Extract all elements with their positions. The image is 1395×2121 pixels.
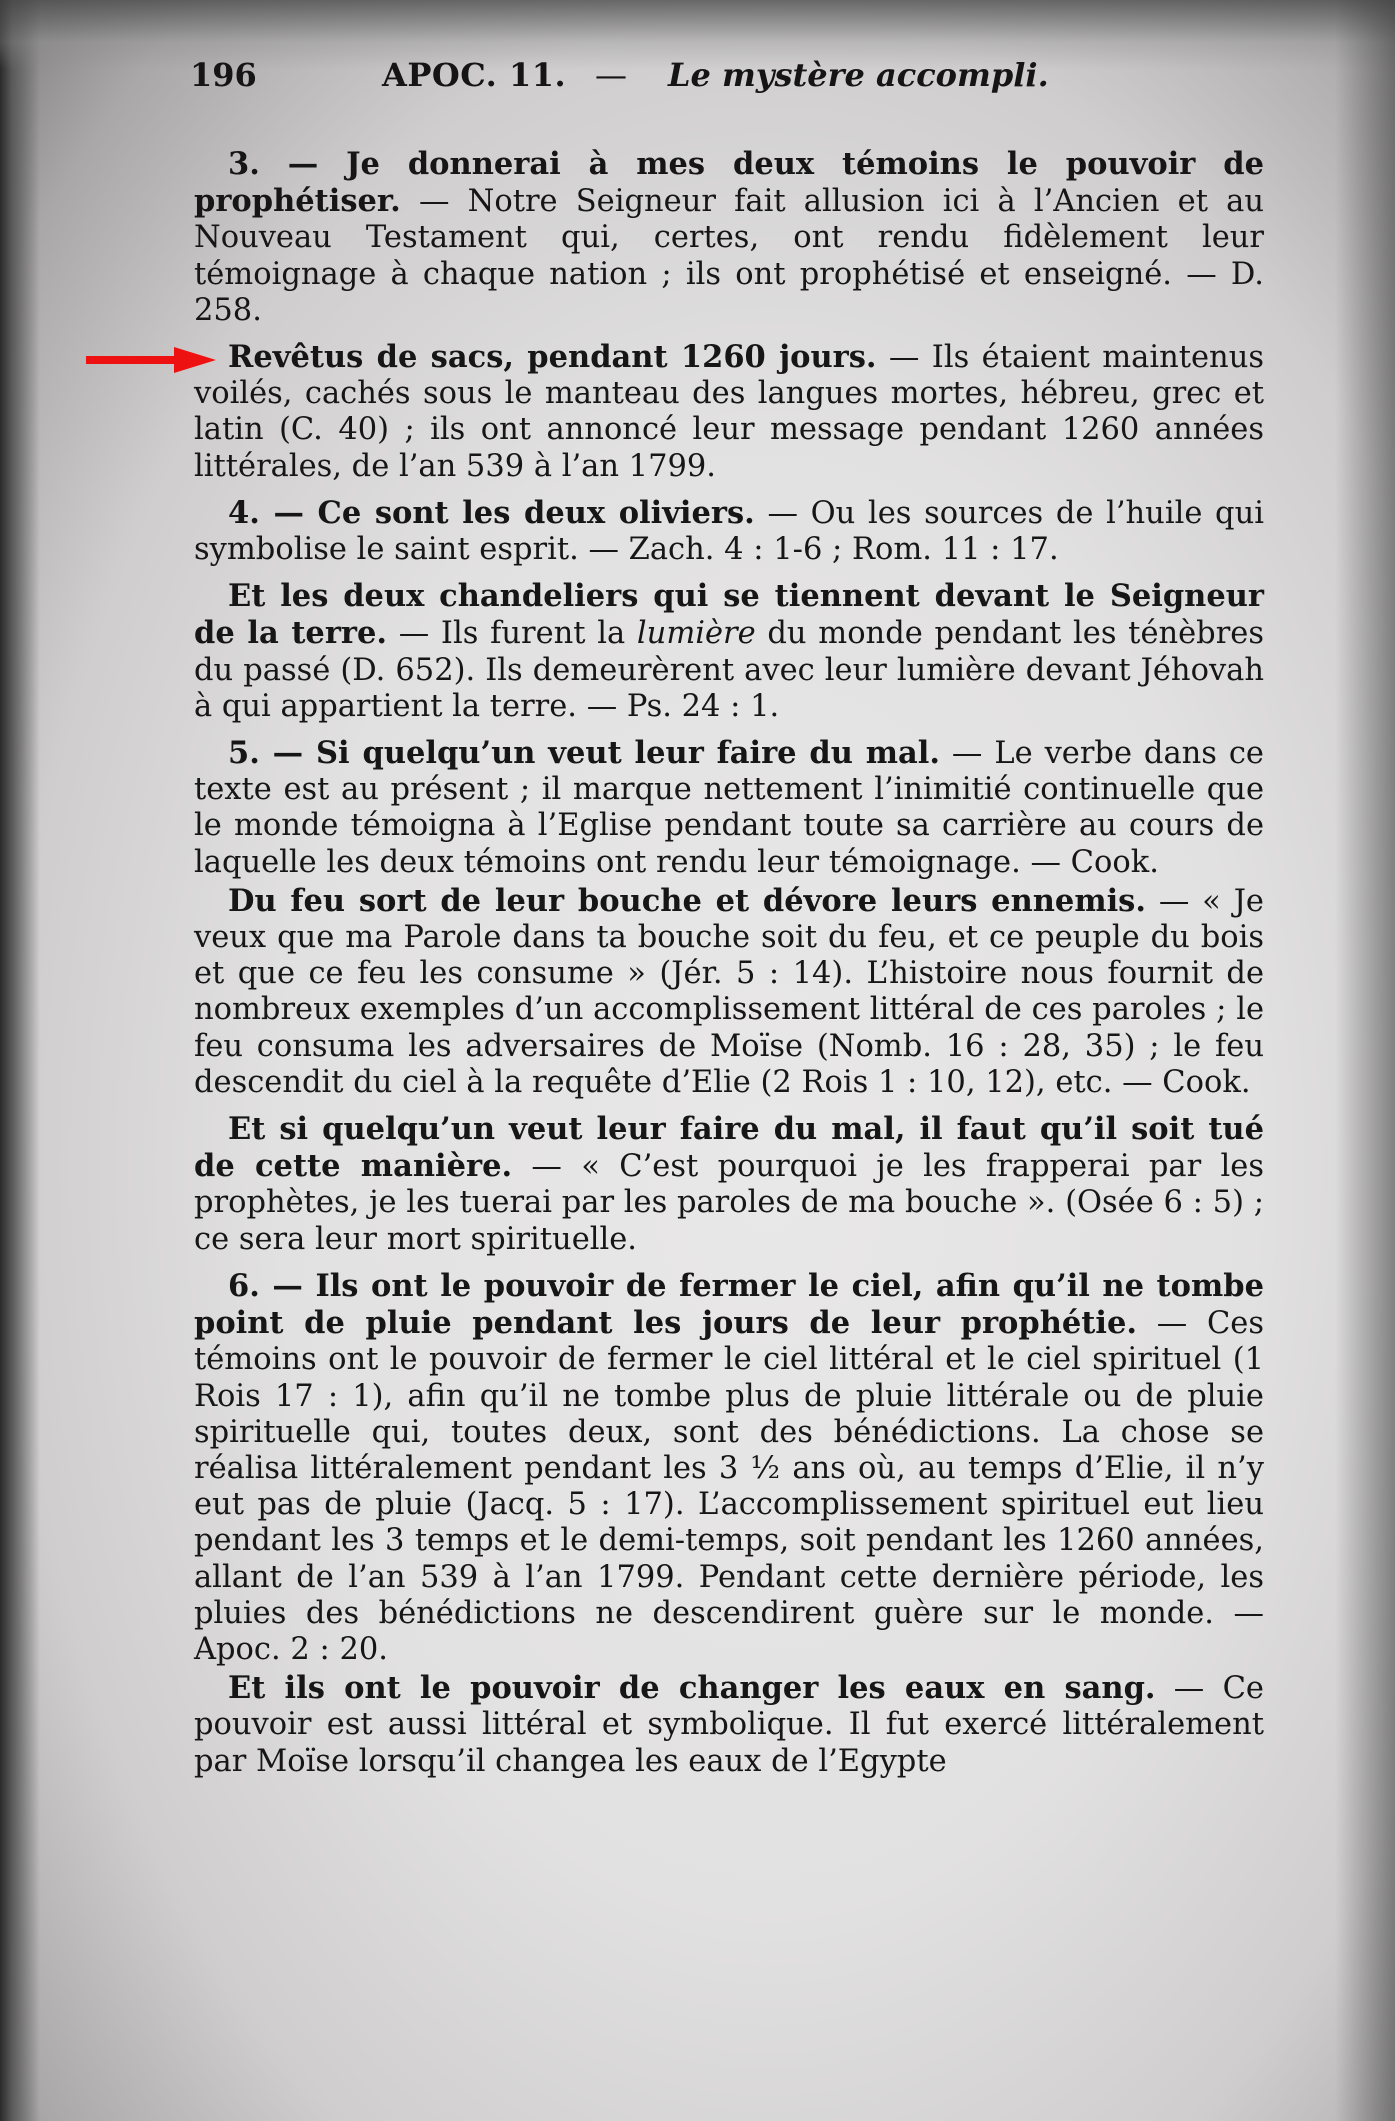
book-reference: APOC. 11. (382, 56, 566, 94)
verse-lead-highlighted: Revêtus de sacs, pendant 1260 jours. (228, 339, 877, 375)
page-number: 196 (190, 56, 257, 94)
verse-lead: Et ils ont le pouvoir de changer les eau… (228, 1670, 1156, 1706)
verse-lead: 4. — Ce sont les deux oliviers. (228, 495, 755, 531)
chapter-title: Le mystère accompli. (668, 56, 1049, 94)
verse-lead: 6. — Ils ont le pouvoir de fermer le cie… (194, 1268, 1264, 1341)
scanned-page: 196 APOC. 11. — Le mystère accompli. 3. … (0, 0, 1395, 2121)
body-text: 3. — Je donnerai à mes deux témoins le p… (194, 146, 1264, 1790)
paragraph-killed: Et si quelqu’un veut leur faire du mal, … (194, 1111, 1264, 1258)
paragraph-lampstands: Et les deux chandeliers qui se tiennent … (194, 578, 1264, 725)
paragraph-fire: Du feu sort de leur bouche et dévore leu… (194, 883, 1264, 1101)
scan-shadow-left (0, 0, 40, 2121)
paragraph-verse-3: 3. — Je donnerai à mes deux témoins le p… (194, 146, 1264, 329)
paragraph-verse-4: 4. — Ce sont les deux oliviers. — Ou les… (194, 495, 1264, 568)
commentary: — Ils furent la (387, 616, 637, 651)
paragraph-verse-5: 5. — Si quelqu’un veut leur faire du mal… (194, 735, 1264, 881)
header-dash: — (595, 56, 627, 94)
paragraph-verse-6: 6. — Ils ont le pouvoir de fermer le cie… (194, 1268, 1264, 1668)
verse-lead: 5. — Si quelqu’un veut leur faire du mal… (228, 735, 940, 771)
commentary: — Ces témoins ont le pouvoir de fermer l… (194, 1306, 1264, 1667)
scan-shadow-right (1335, 0, 1395, 2121)
emphasis: lumière (637, 616, 756, 651)
paragraph-clothed-in-sackcloth: Revêtus de sacs, pendant 1260 jours. — I… (194, 339, 1264, 485)
verse-lead: Du feu sort de leur bouche et dévore leu… (228, 883, 1146, 919)
paragraph-waters-to-blood: Et ils ont le pouvoir de changer les eau… (194, 1670, 1264, 1780)
running-header: 196 APOC. 11. — Le mystère accompli. (190, 56, 1060, 100)
